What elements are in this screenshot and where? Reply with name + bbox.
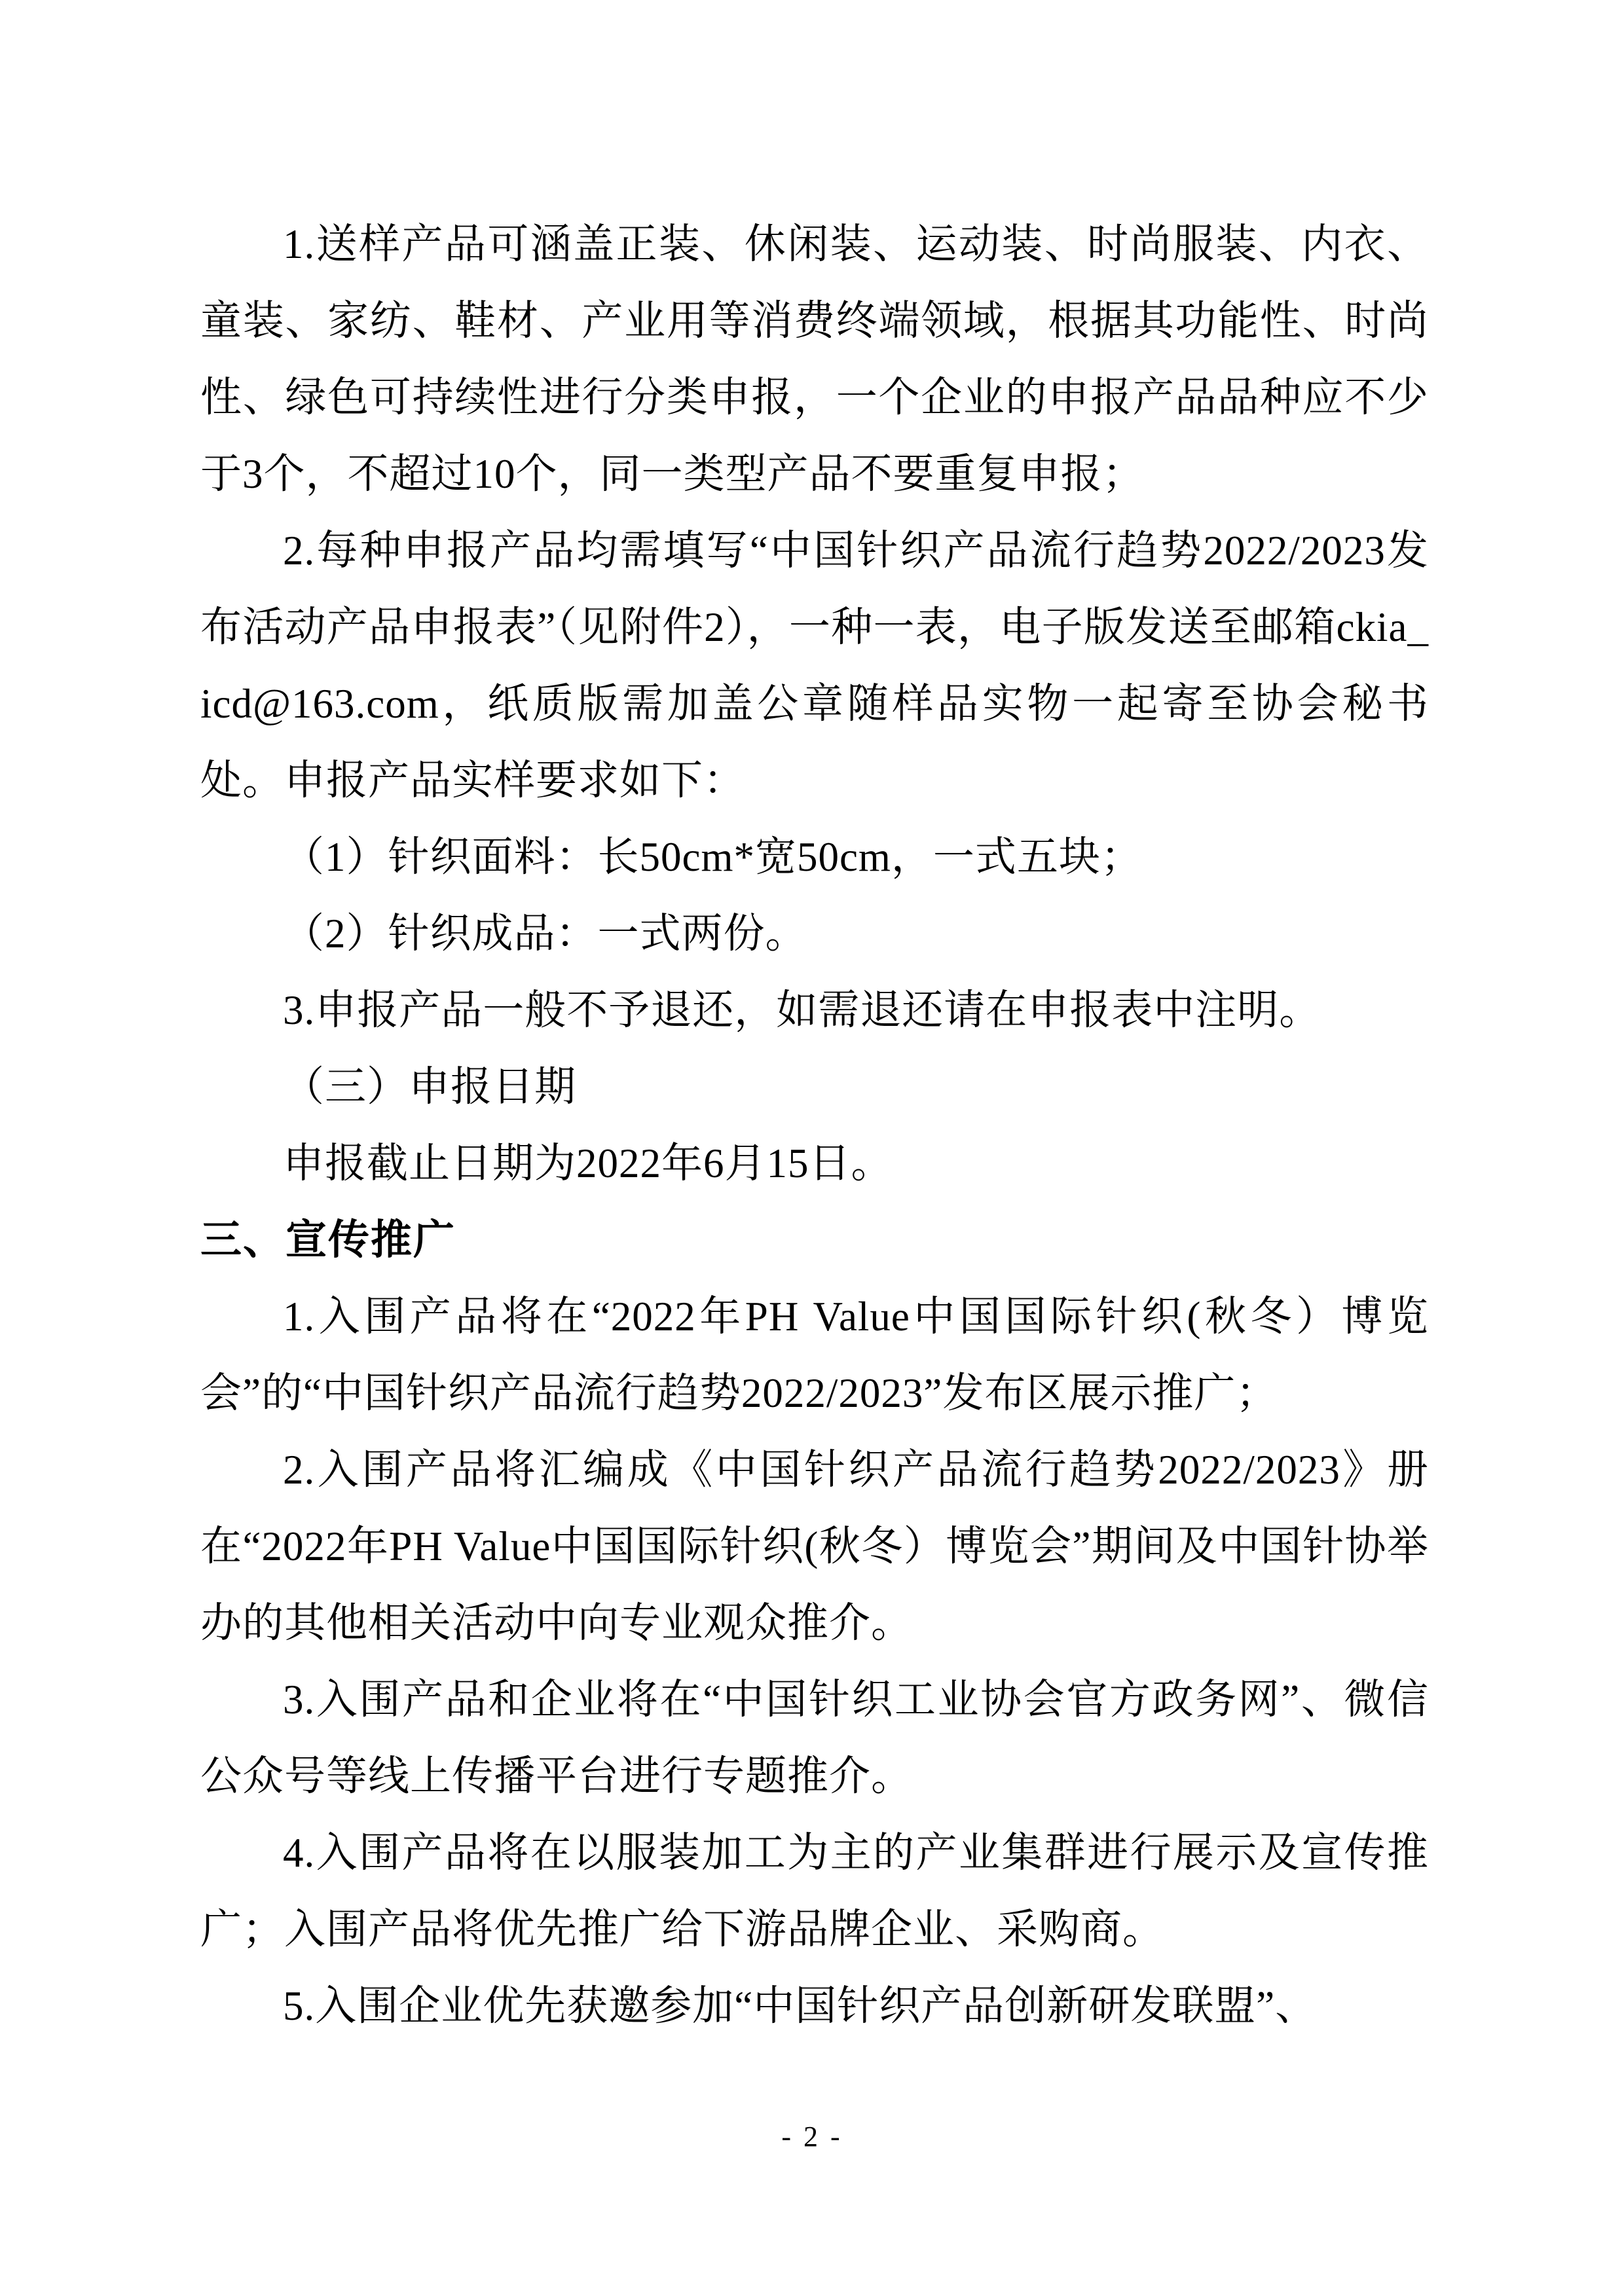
paragraph-promo-2: 2.入围产品将汇编成《中国针织产品流行趋势2022/2023》册在“2022年P… — [200, 1432, 1429, 1662]
paragraph-promo-4: 4.入围产品将在以服装加工为主的产业集群进行展示及宣传推广；入围产品将优先推广给… — [200, 1815, 1429, 1968]
paragraph-promo-3: 3.入围产品和企业将在“中国针织工业协会官方政务网”、微信公众号等线上传播平台进… — [200, 1662, 1429, 1815]
paragraph-sample-products: 1.送样产品可涵盖正装、休闲装、运动装、时尚服装、内衣、童装、家纺、鞋材、产业用… — [200, 206, 1429, 513]
paragraph-promo-1: 1.入围产品将在“2022年PH Value中国国际针织(秋冬）博览会”的“中国… — [200, 1279, 1429, 1432]
section-heading-promotion: 三、宣传推广 — [200, 1202, 1429, 1279]
subheading-application-date: （三）申报日期 — [200, 1049, 1429, 1125]
paragraph-application-form: 2.每种申报产品均需填写“中国针织产品流行趋势2022/2023发布活动产品申报… — [200, 513, 1429, 819]
paragraph-no-return: 3.申报产品一般不予退还，如需退还请在申报表中注明。 — [200, 972, 1429, 1049]
paragraph-fabric-spec: （1）针织面料：长50cm*宽50cm，一式五块； — [200, 819, 1429, 896]
paragraph-deadline: 申报截止日期为2022年6月15日。 — [200, 1125, 1429, 1202]
document-page: 1.送样产品可涵盖正装、休闲装、运动装、时尚服装、内衣、童装、家纺、鞋材、产业用… — [0, 0, 1624, 2296]
document-body: 1.送样产品可涵盖正装、休闲装、运动装、时尚服装、内衣、童装、家纺、鞋材、产业用… — [200, 206, 1429, 2045]
paragraph-garment-spec: （2）针织成品：一式两份。 — [200, 896, 1429, 972]
page-number: - 2 - — [0, 2120, 1624, 2153]
paragraph-promo-5: 5.入围企业优先获邀参加“中国针织产品创新研发联盟”、 — [200, 1968, 1429, 2045]
